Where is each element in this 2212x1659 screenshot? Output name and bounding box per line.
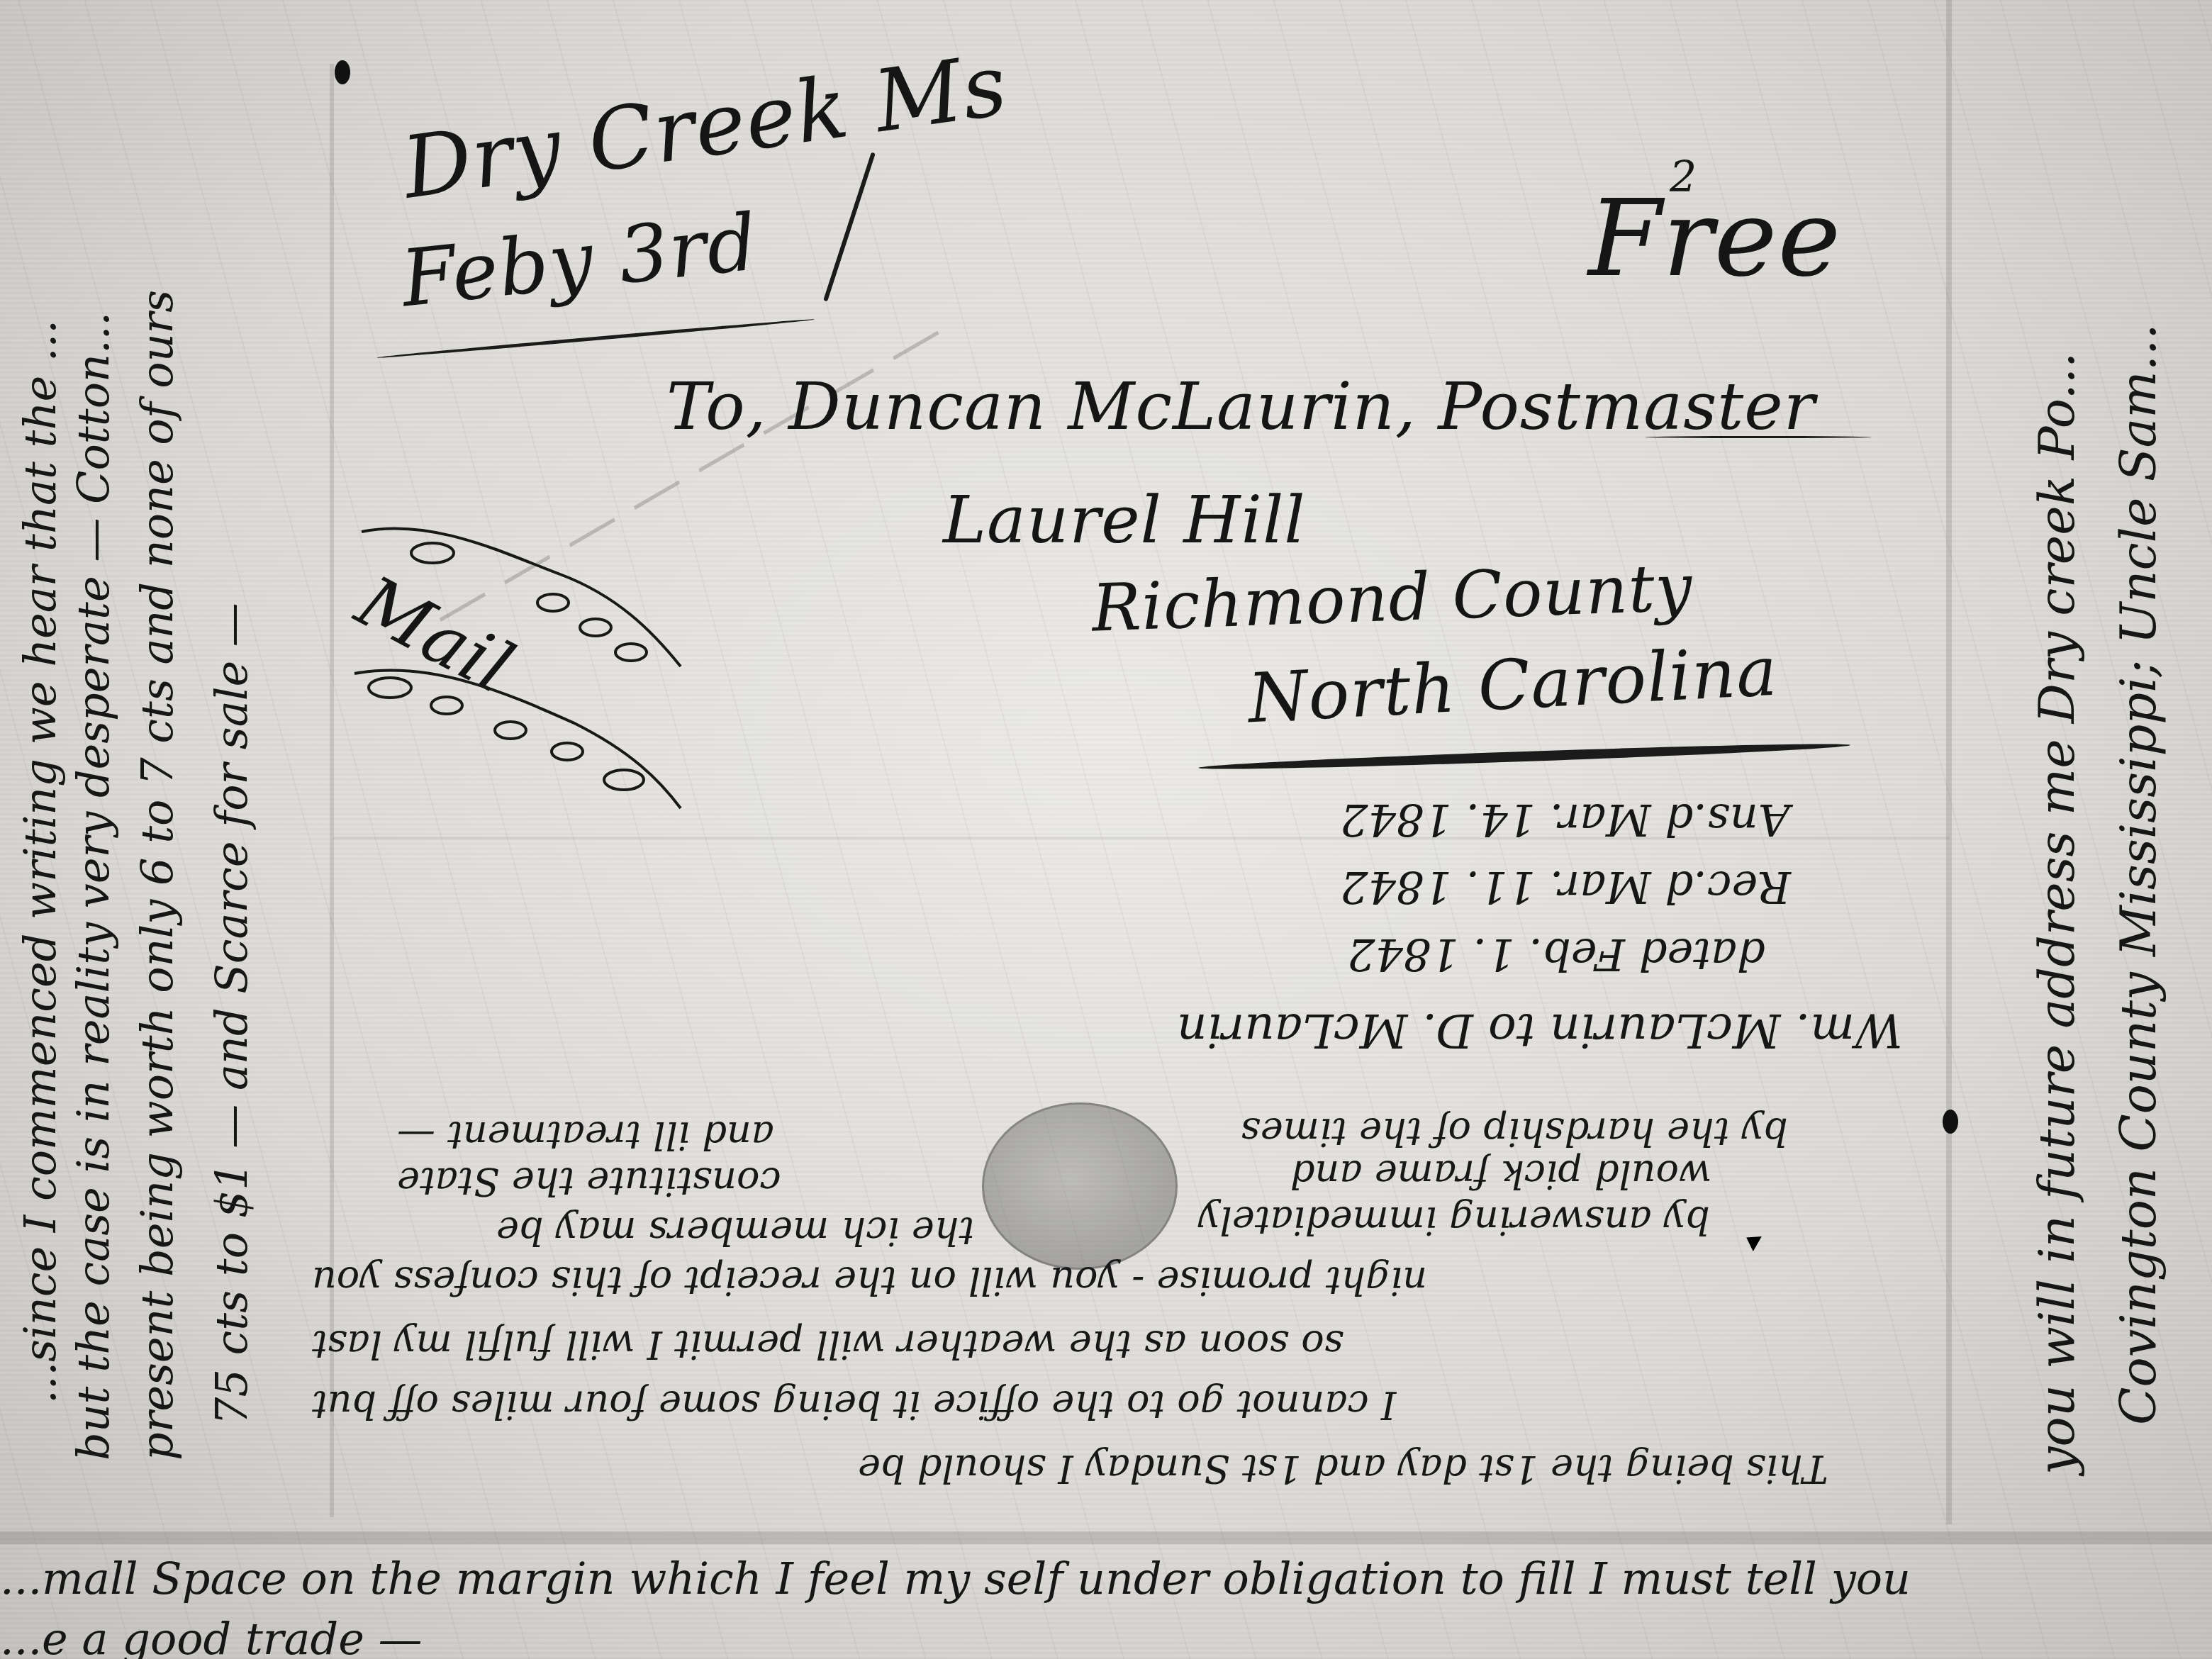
bottom-margin-line: ...mall Space on the margin which I feel… — [0, 1553, 1911, 1604]
ink-blot-top-left — [335, 60, 350, 84]
inverted-paragraph-line: I cannot go to the office it being some … — [312, 1382, 1396, 1427]
inverted-paragraph-line: would pick frame and — [1290, 1152, 1711, 1197]
fold-line-right — [1946, 0, 1952, 1524]
docket-answered: Ans.d Mar. 14. 1842 — [1340, 794, 1789, 846]
docket-dated: dated Feb. 1. 1842 — [1347, 929, 1765, 981]
bottom-margin-line: ...e a good trade — — [0, 1613, 423, 1659]
right-margin-line: Covington County Mississippi; Uncle Sam.… — [2109, 324, 2167, 1425]
address-line-recipient: To, Duncan McLaurin, Postmaster — [666, 369, 1816, 445]
ink-blot-right — [1943, 1110, 1958, 1134]
inverted-paragraph-line: and ill treatment — — [397, 1113, 774, 1158]
inverted-paragraph-line: so soon as the weather will permit I wil… — [312, 1322, 1344, 1367]
wax-seal-stain — [982, 1102, 1178, 1270]
left-margin-line: but the case is in reality very desperat… — [67, 312, 119, 1460]
franking-free: Free — [1588, 177, 1841, 301]
inverted-paragraph-line: constitute the State — [397, 1159, 781, 1204]
address-line-town: Laurel Hill — [943, 482, 1306, 558]
address-underline — [1645, 436, 1872, 438]
mail-scroll-flourish-icon — [347, 510, 744, 822]
inverted-paragraph-line: by answering immediately — [1198, 1198, 1710, 1243]
left-margin-line: 75 cts to $1 — and Scarce for sale — — [206, 603, 257, 1425]
docket-received: Rec.d Mar. 11. 1842 — [1340, 861, 1791, 913]
inverted-paragraph-line: night promise - you will on the receipt … — [312, 1258, 1427, 1303]
docket-correspondents: Wm. McLaurin to D. McLaurin — [1177, 1003, 1903, 1058]
fold-line-bottom — [0, 1531, 2212, 1544]
inverted-paragraph-line: This being the 1st day and 1st Sunday I … — [858, 1446, 1828, 1491]
left-margin-line: ...since I commenced writing we hear tha… — [14, 320, 66, 1404]
right-margin-line: you will in future address me Dry creek … — [2028, 352, 2086, 1475]
inverted-paragraph-line: the ich members may be — [496, 1209, 974, 1253]
inverted-paragraph-line: by the hardship of the times — [1241, 1110, 1788, 1154]
left-margin-line: present being worth only 6 to 7 cts and … — [131, 290, 183, 1460]
